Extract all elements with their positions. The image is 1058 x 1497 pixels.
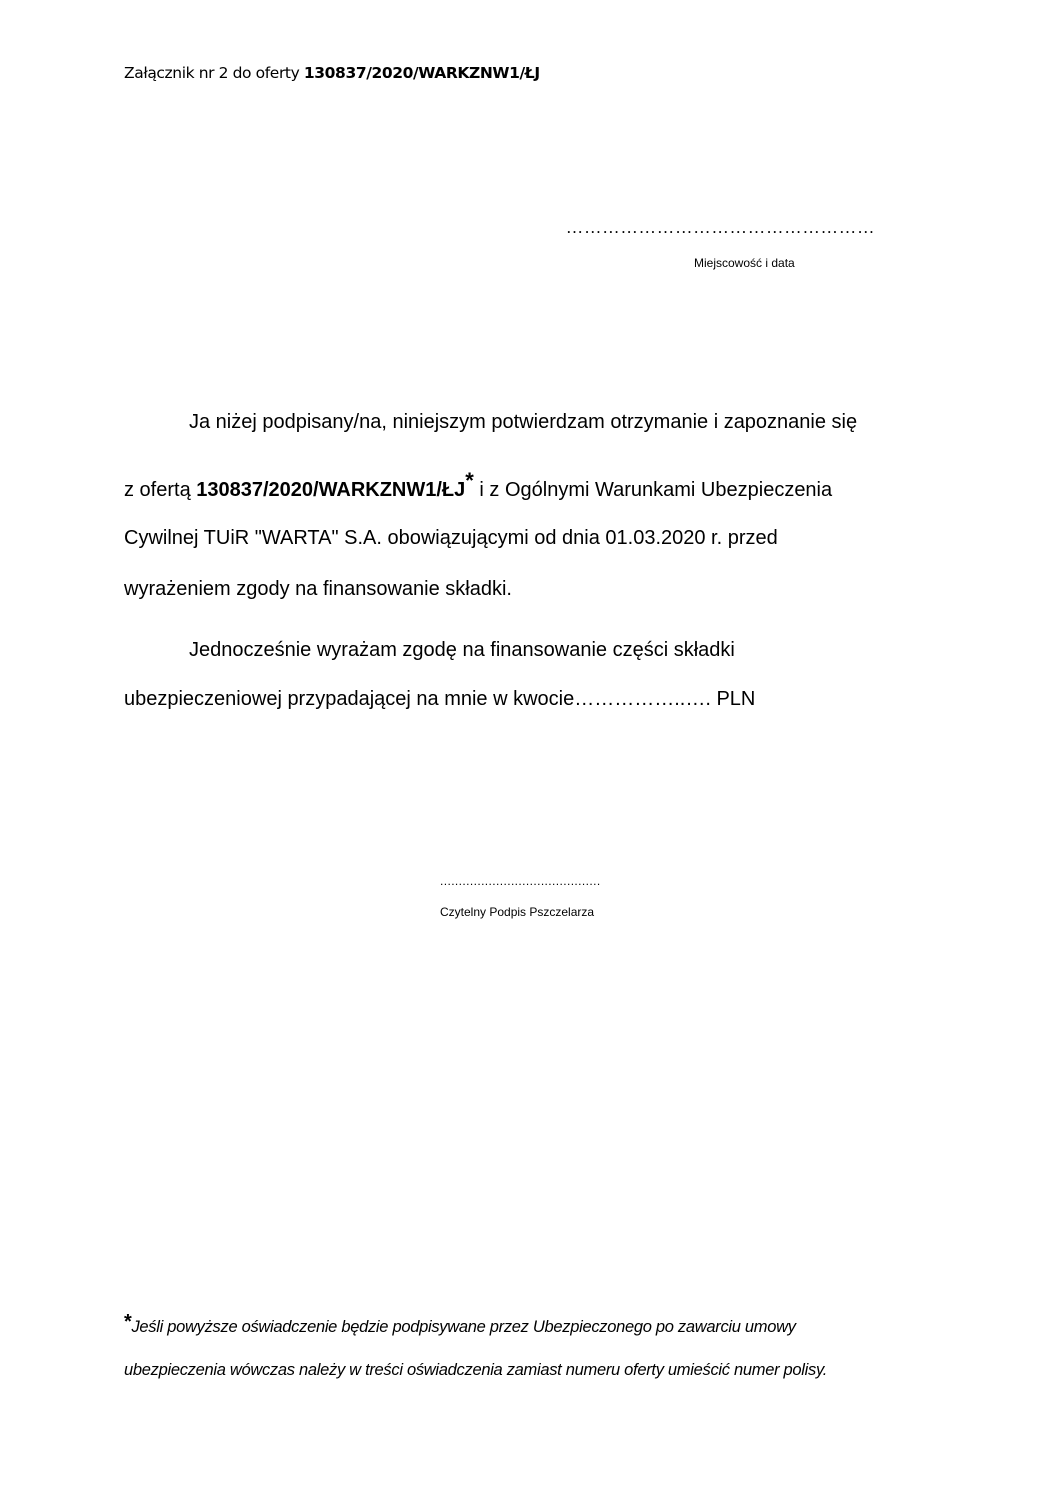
place-date-label: Miejscowość i data — [694, 256, 795, 270]
place-date-line: …………………………………………… — [566, 218, 875, 238]
header-offer-number: 130837/2020/WARKZNW1/ŁJ — [304, 64, 540, 82]
footnote-line-1: *Jeśli powyższe oświadczenie będzie podp… — [124, 1315, 796, 1338]
header-prefix: Załącznik nr 2 do oferty — [124, 64, 304, 82]
statement-line-3: Cywilnej TUiR "WARTA" S.A. obowiązującym… — [124, 527, 778, 550]
statement-line-1: Ja niżej podpisany/na, niniejszym potwie… — [189, 411, 857, 434]
footnote-line-2: ubezpieczenia wówczas należy w treści oś… — [124, 1361, 827, 1380]
footnote-marker: * — [465, 468, 474, 493]
statement-offer-number: 130837/2020/WARKZNW1/ŁJ — [196, 479, 465, 501]
consent-line-2: ubezpieczeniowej przypadającej na mnie w… — [124, 688, 755, 711]
statement-line-2-suffix: i z Ogólnymi Warunkami Ubezpieczenia — [474, 479, 832, 501]
footnote-star: * — [124, 1311, 131, 1333]
attachment-header: Załącznik nr 2 do oferty 130837/2020/WAR… — [124, 64, 540, 82]
statement-line-2: z ofertą 130837/2020/WARKZNW1/ŁJ* i z Og… — [124, 476, 832, 502]
consent-line-1: Jednocześnie wyrażam zgodę na finansowan… — [189, 639, 735, 662]
footnote-text-1: Jeśli powyższe oświadczenie będzie podpi… — [131, 1318, 795, 1336]
statement-line-2-prefix: z ofertą — [124, 479, 196, 501]
statement-line-4: wyrażeniem zgody na finansowanie składki… — [124, 578, 512, 601]
signature-label: Czytelny Podpis Pszczelarza — [440, 905, 594, 919]
signature-line: ........................................… — [440, 874, 601, 888]
